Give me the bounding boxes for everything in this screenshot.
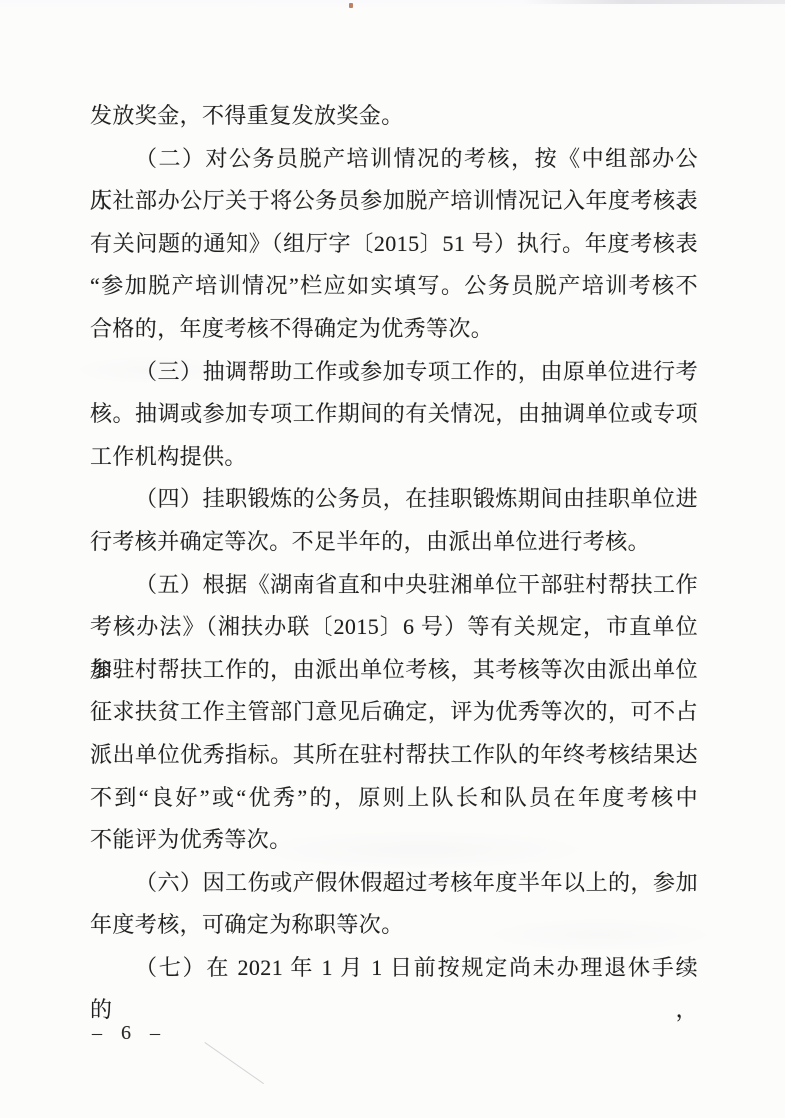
text-line: 不到“良好”或“优秀”的，原则上队长和队员在年度考核中: [90, 777, 698, 820]
scan-scratch-artifact: [204, 1042, 264, 1084]
document-body: 发放奖金，不得重复发放奖金。（二）对公务员脱产培训情况的考核，按《中组部办公厅、…: [90, 95, 698, 989]
text-line: “参加脱产培训情况”栏应如实填写。公务员脱产培训考核不: [90, 265, 698, 308]
text-line: 核。抽调或参加专项工作期间的有关情况，由抽调单位或专项: [90, 393, 698, 436]
text-line: 加驻村帮扶工作的，由派出单位考核，其考核等次由派出单位: [90, 649, 698, 692]
text-line: 合格的，年度考核不得确定为优秀等次。: [90, 308, 698, 351]
text-line: （三）抽调帮助工作或参加专项工作的，由原单位进行考: [90, 351, 698, 394]
text-line: （七）在 2021 年 1 月 1 日前按规定尚未办理退休手续的，: [90, 947, 698, 990]
text-line: 征求扶贫工作主管部门意见后确定，评为优秀等次的，可不占: [90, 691, 698, 734]
text-line: （四）挂职锻炼的公务员，在挂职锻炼期间由挂职单位进: [90, 478, 698, 521]
text-line: 发放奖金，不得重复发放奖金。: [90, 95, 698, 138]
text-line: 工作机构提供。: [90, 436, 698, 479]
scan-speck-artifact: [349, 3, 353, 8]
text-line: （六）因工伤或产假休假超过考核年度半年以上的，参加: [90, 862, 698, 905]
page-number: – 6 –: [92, 1022, 167, 1045]
text-line: 人社部办公厅关于将公务员参加脱产培训情况记入年度考核表: [90, 180, 698, 223]
scanned-document-page: 发放奖金，不得重复发放奖金。（二）对公务员脱产培训情况的考核，按《中组部办公厅、…: [0, 0, 785, 1118]
text-line: 考核办法》（湘扶办联〔2015〕6 号）等有关规定，市直单位参: [90, 606, 698, 649]
text-line: （二）对公务员脱产培训情况的考核，按《中组部办公厅、: [90, 138, 698, 181]
text-line: 有关问题的通知》（组厅字〔2015〕51 号）执行。年度考核表: [90, 223, 698, 266]
text-line: 派出单位优秀指标。其所在驻村帮扶工作队的年终考核结果达: [90, 734, 698, 777]
text-line: 年度考核，可确定为称职等次。: [90, 904, 698, 947]
text-line: 行考核并确定等次。不足半年的，由派出单位进行考核。: [90, 521, 698, 564]
text-line: （五）根据《湖南省直和中央驻湘单位干部驻村帮扶工作: [90, 564, 698, 607]
scan-edge-shade: [520, 0, 785, 4]
text-line: 不能评为优秀等次。: [90, 819, 698, 862]
